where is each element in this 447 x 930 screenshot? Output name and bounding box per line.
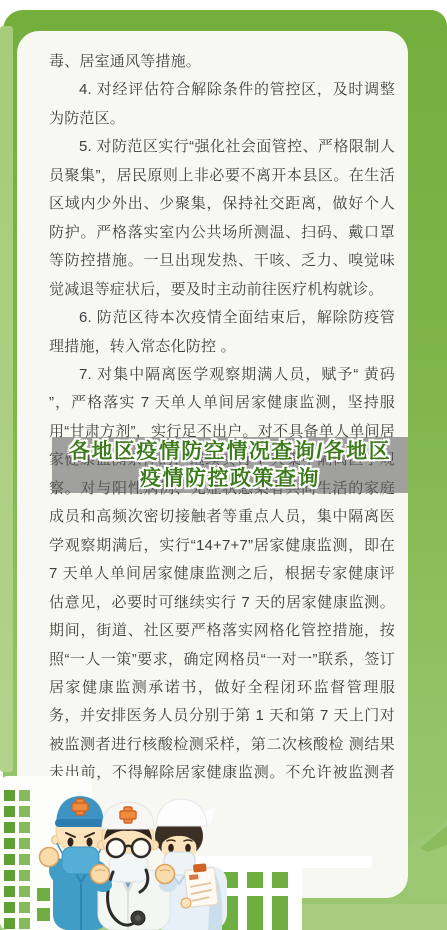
paragraph-point-6: 6. 防范区待本次疫情全面结束后，解除防疫管理措施，转入常态化防控 。 — [49, 304, 395, 361]
paragraph-point-7: 7. 对集中隔离医学观察期满人员，赋予“ 黄码 ”，严格落实 7 天单人单间居家… — [49, 361, 395, 816]
medical-workers-illustration — [0, 765, 447, 930]
left-accent-strip — [0, 26, 13, 772]
watermark-banner: 各地区疫情防空情况查询/各地区 疫情防控政策查询 — [52, 437, 408, 493]
paragraph-point-4: 4. 对经评估符合解除条件的管控区，及时调整为防范区。 — [49, 76, 395, 133]
article-page: 毒、居室通风等措施。 4. 对经评估符合解除条件的管控区，及时调整为防范区。 5… — [0, 0, 447, 930]
paragraph-continuation: 毒、居室通风等措施。 — [49, 48, 395, 76]
banner-title-line2: 疫情防控政策查询 — [140, 465, 320, 492]
banner-title-line1: 各地区疫情防空情况查询/各地区 — [69, 438, 391, 465]
paragraph-point-5: 5. 对防范区实行“强化社会面管控、严格限制人员聚集”，居民原则上非必要不离开本… — [49, 133, 395, 304]
